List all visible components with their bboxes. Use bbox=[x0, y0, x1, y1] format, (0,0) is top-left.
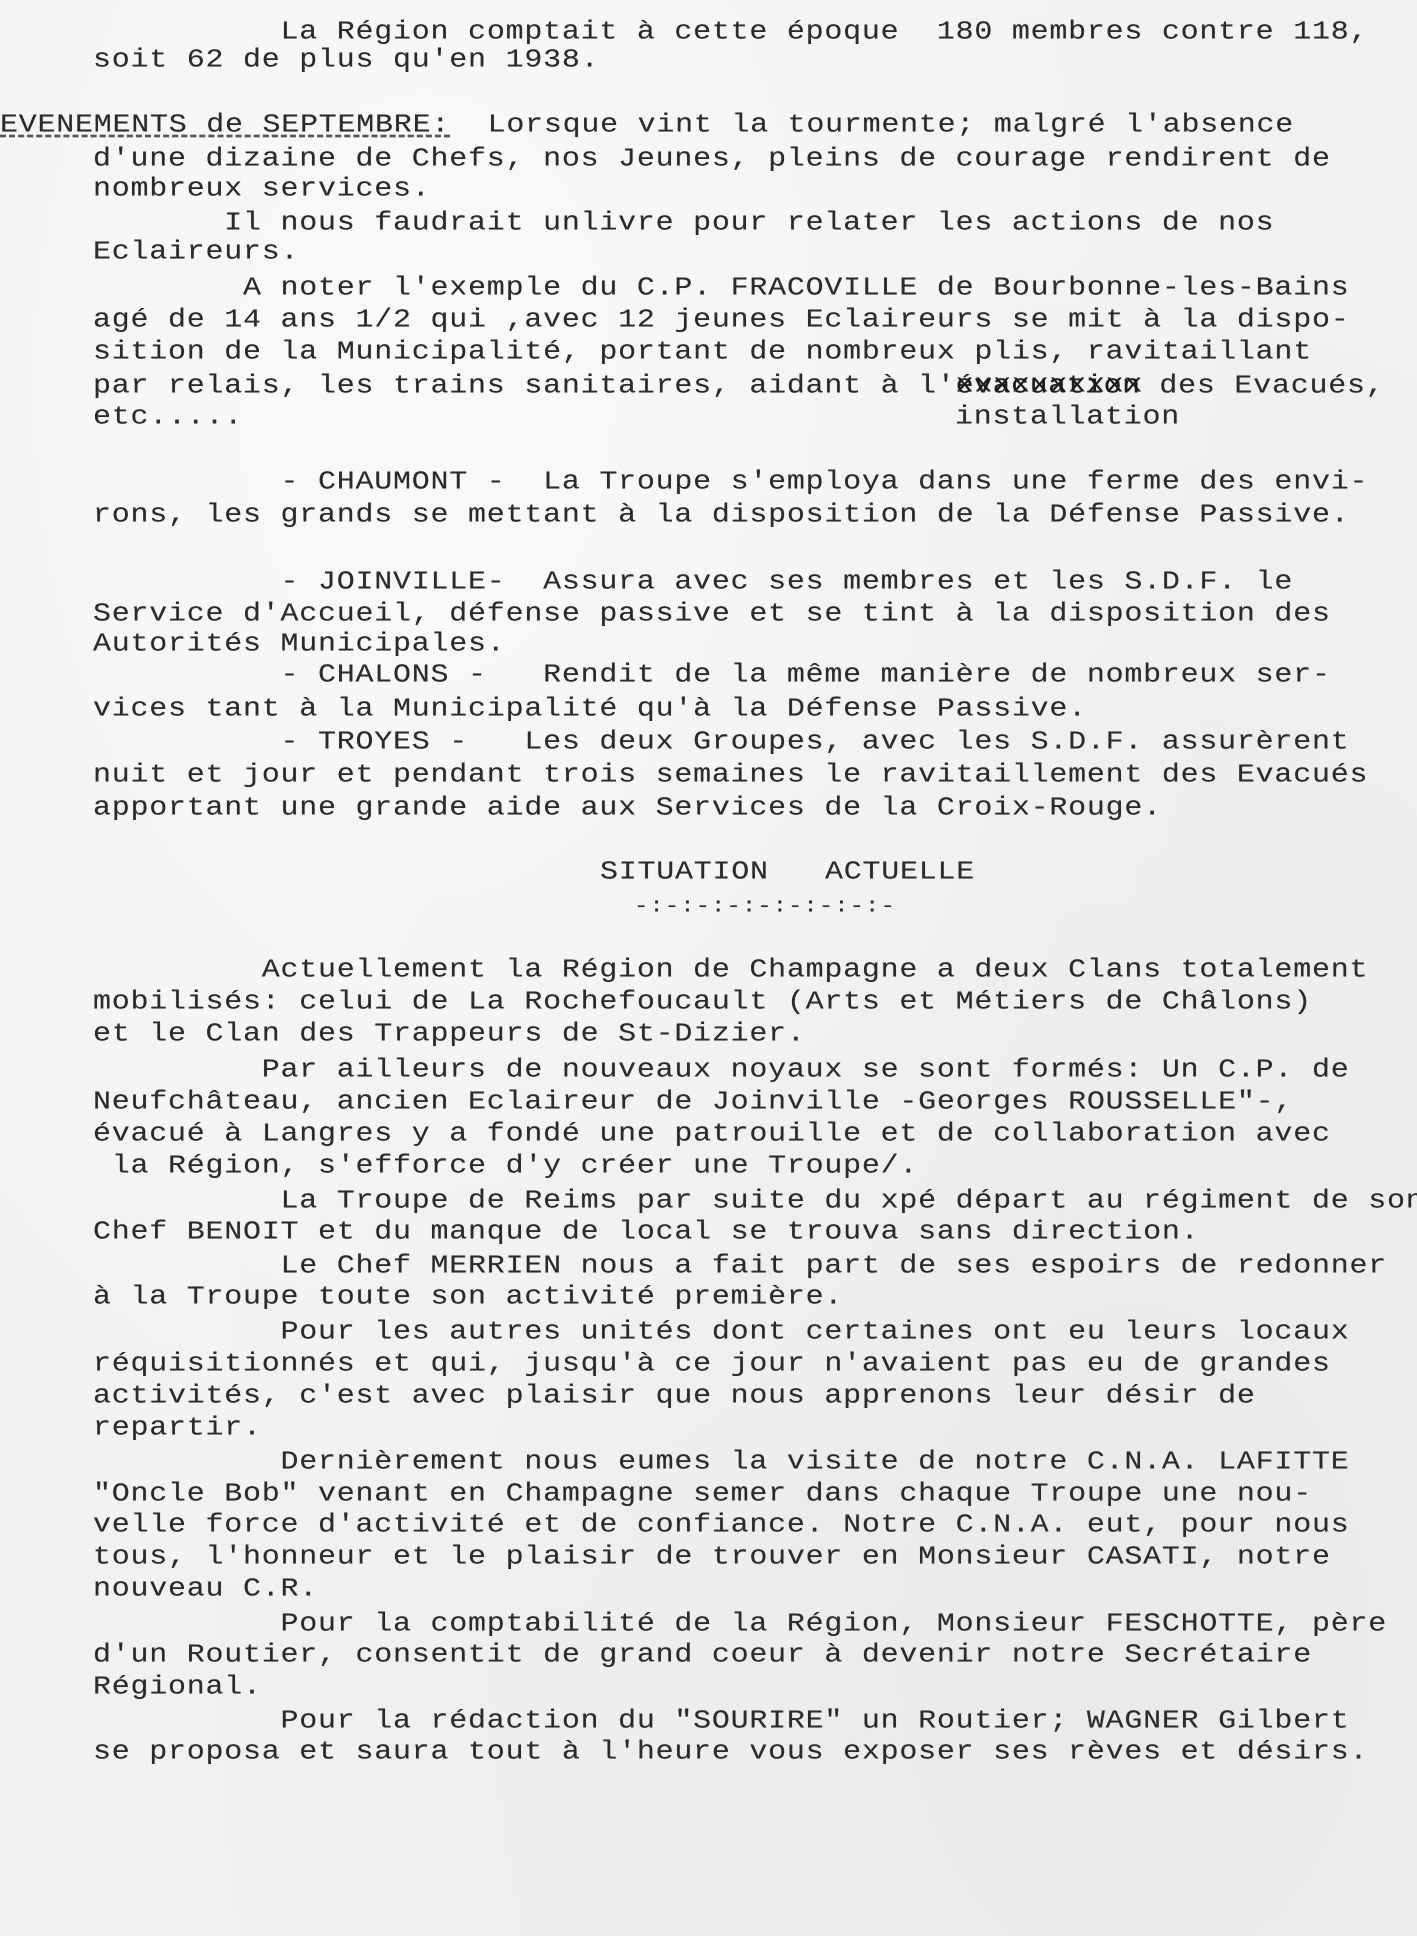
situation-line: repartir. bbox=[93, 1414, 262, 1442]
septembre-line: Il nous faudrait unlivre pour relater le… bbox=[93, 209, 1274, 237]
town-joinville-line: Autorités Municipales. bbox=[93, 630, 506, 658]
situation-line: réquisitionnés et qui, jusqu'à ce jour n… bbox=[93, 1350, 1331, 1378]
town-chaumont-line: - CHAUMONT - La Troupe s'employa dans un… bbox=[93, 468, 1368, 496]
septembre-line: A noter l'exemple du C.P. FRACOVILLE de … bbox=[93, 274, 1349, 302]
town-chaumont-line: rons, les grands se mettant à la disposi… bbox=[93, 501, 1349, 529]
situation-line: La Troupe de Reims par suite du xpé dépa… bbox=[93, 1187, 1417, 1215]
situation-line: Dernièrement nous eumes la visite de not… bbox=[93, 1448, 1349, 1476]
town-chalons-line: - CHALONS - Rendit de la même manière de… bbox=[93, 661, 1331, 689]
situation-line: Pour la rédaction du "SOURIRE" un Routie… bbox=[93, 1707, 1349, 1735]
situation-line: tous, l'honneur et le plaisir de trouver… bbox=[93, 1543, 1331, 1571]
situation-line: Par ailleurs de nouveaux noyaux se sont … bbox=[93, 1056, 1349, 1084]
situation-line: mobilisés: celui de La Rochefoucault (Ar… bbox=[93, 988, 1312, 1016]
section-heading-evenements: EVENEMENTS de SEPTEMBRE: bbox=[0, 111, 450, 140]
town-joinville-line: Service d'Accueil, défense passive et se… bbox=[93, 600, 1331, 628]
septembre-line: nombreux services. bbox=[93, 175, 431, 203]
typewritten-page: La Région comptait à cette époque 180 me… bbox=[0, 0, 1417, 1936]
town-troyes-line: - TROYES - Les deux Groupes, avec les S.… bbox=[93, 728, 1349, 756]
town-joinville-line: - JOINVILLE- Assura avec ses membres et … bbox=[93, 568, 1293, 596]
septembre-line: sition de la Municipalité, portant de no… bbox=[93, 338, 1312, 366]
struck-word: évacuationxxxxxxxxxx bbox=[956, 372, 1141, 401]
situation-line: Le Chef MERRIEN nous a fait part de ses … bbox=[93, 1252, 1387, 1280]
situation-line: Neufchâteau, ancien Eclaireur de Joinvil… bbox=[93, 1088, 1293, 1116]
section-heading-situation: SITUATION ACTUELLE bbox=[600, 858, 975, 886]
intro-line-2: soit 62 de plus qu'en 1938. bbox=[93, 46, 599, 74]
septembre-line-struck: par relais, les trains sanitaires, aidan… bbox=[93, 372, 1384, 400]
situation-line: nouveau C.R. bbox=[93, 1575, 318, 1603]
septembre-line: agé de 14 ans 1/2 qui ,avec 12 jeunes Ec… bbox=[93, 306, 1349, 334]
situation-line: Régional. bbox=[93, 1673, 262, 1701]
situation-line: se proposa et saura tout à l'heure vous … bbox=[93, 1738, 1368, 1766]
situation-line: Actuellement la Région de Champagne a de… bbox=[93, 956, 1368, 984]
intro-line-1: La Région comptait à cette époque 180 me… bbox=[93, 18, 1368, 46]
situation-line: à la Troupe toute son activité première. bbox=[93, 1283, 843, 1311]
correction-installation: installation bbox=[955, 403, 1180, 431]
septembre-heading-line: EVENEMENTS de SEPTEMBRE: Lorsque vint la… bbox=[0, 111, 1294, 139]
situation-line: Chef BENOIT et du manque de local se tro… bbox=[93, 1218, 1199, 1246]
situation-line: la Région, s'efforce d'y créer une Troup… bbox=[93, 1152, 918, 1180]
etc-line: etc..... bbox=[93, 403, 243, 431]
town-chalons-line: vices tant à la Municipalité qu'à la Déf… bbox=[93, 695, 1087, 723]
situation-line: et le Clan des Trappeurs de St-Dizier. bbox=[93, 1020, 806, 1048]
situation-line: Pour les autres unités dont certaines on… bbox=[93, 1318, 1349, 1346]
situation-line: Pour la comptabilité de la Région, Monsi… bbox=[93, 1610, 1387, 1638]
town-troyes-line: apportant une grande aide aux Services d… bbox=[93, 794, 1162, 822]
town-troyes-line: nuit et jour et pendant trois semaines l… bbox=[93, 761, 1368, 789]
septembre-line: Eclaireurs. bbox=[93, 238, 299, 266]
septembre-line: d'une dizaine de Chefs, nos Jeunes, plei… bbox=[93, 145, 1331, 173]
section-separator: -:-:-:-:-:-:-:-:- bbox=[634, 893, 896, 921]
situation-line: activités, c'est avec plaisir que nous a… bbox=[93, 1382, 1256, 1410]
situation-line: évacué à Langres y a fondé une patrouill… bbox=[93, 1120, 1331, 1148]
situation-line: "Oncle Bob" venant en Champagne semer da… bbox=[93, 1480, 1312, 1508]
situation-line: velle force d'activité et de confiance. … bbox=[93, 1511, 1349, 1539]
situation-line: d'un Routier, consentit de grand coeur à… bbox=[93, 1641, 1312, 1669]
